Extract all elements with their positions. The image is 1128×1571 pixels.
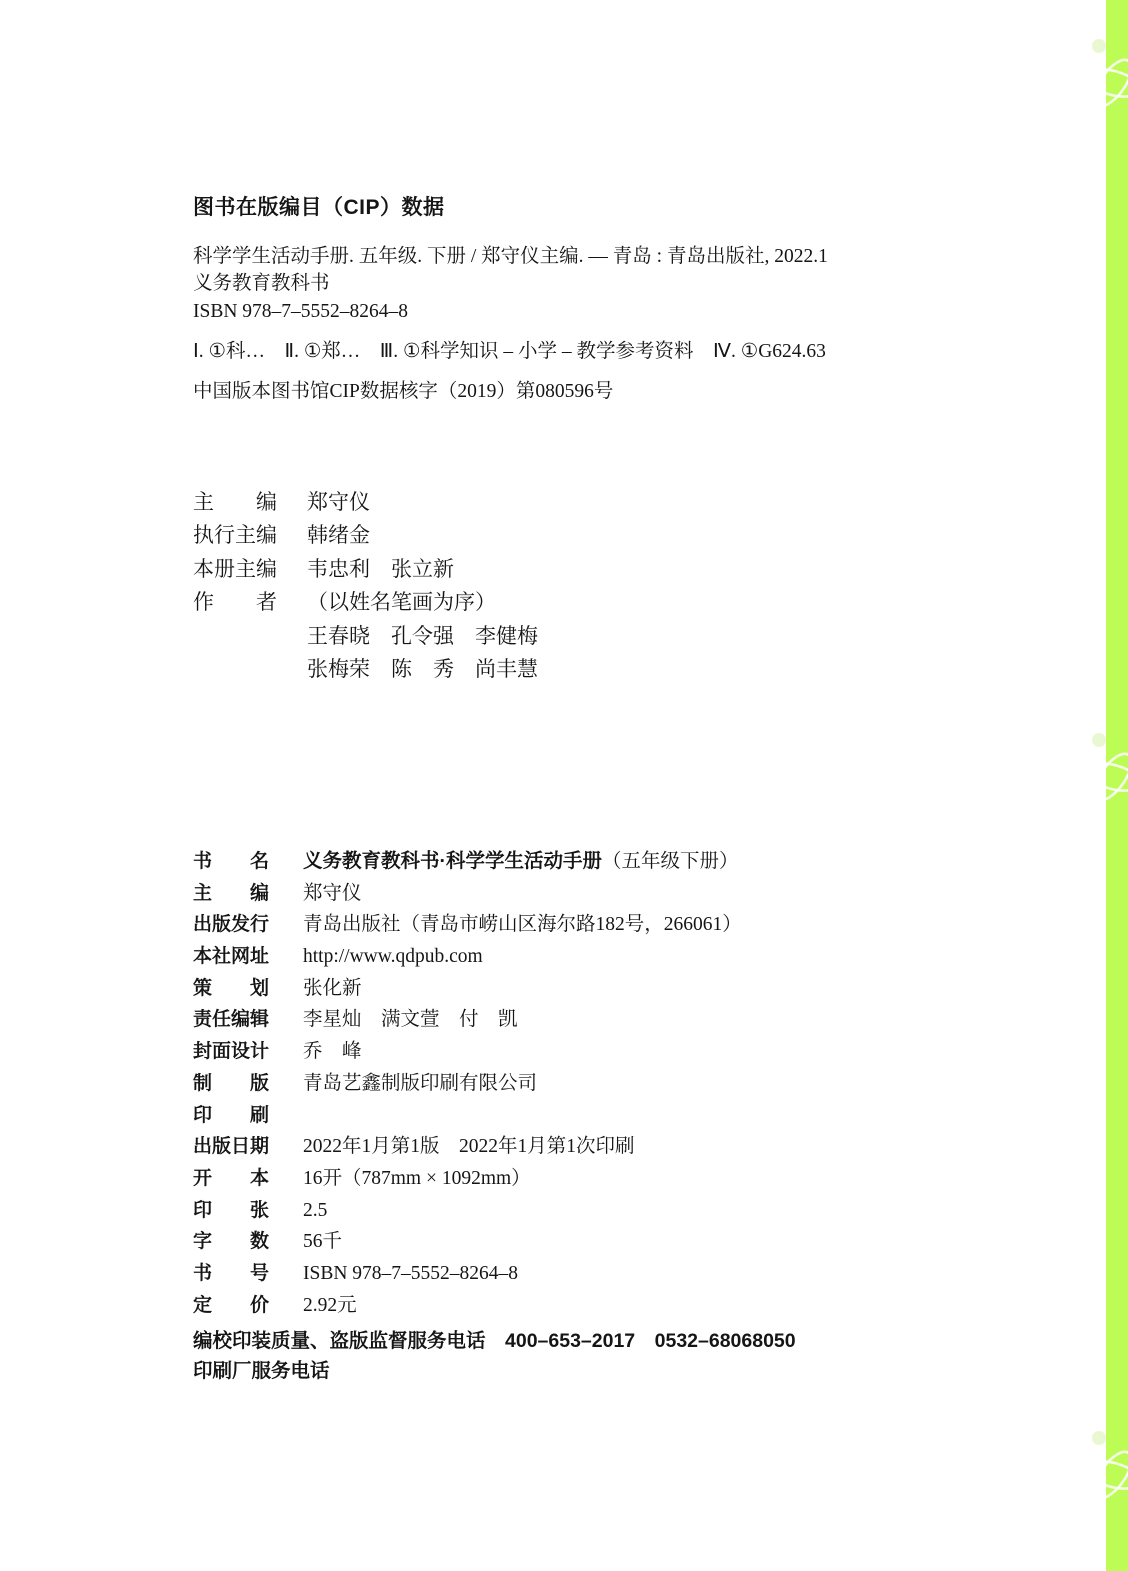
colophon-field-label: 书 号 [193, 1258, 275, 1290]
colophon-field-label: 出版日期 [193, 1131, 275, 1163]
cip-title: 图书在版编目（CIP）数据 [193, 196, 893, 220]
price-value: 2.92元 [303, 1290, 357, 1322]
colophon-field-label: 出版发行 [193, 909, 275, 941]
colophon-row: 印 刷 [193, 1100, 953, 1132]
editor-name: 韦忠利 张立新 [307, 553, 454, 586]
colophon-row: 书 名 义务教育教科书·科学学生活动手册（五年级下册） [193, 846, 953, 878]
cip-record-number-line: 中国版本图书馆CIP数据核字（2019）第080596号 [193, 378, 893, 405]
book-title-strong: 义务教育教科书·科学学生活动手册 [303, 850, 602, 872]
atom-icon [1083, 1423, 1128, 1515]
colophon-field-label: 策 划 [193, 973, 275, 1005]
colophon-field-value: 乔 峰 [303, 1036, 362, 1068]
colophon-field-label: 主 编 [193, 878, 275, 910]
atom-icon [1083, 31, 1128, 123]
colophon-row: 印 张 2.5 [193, 1195, 953, 1227]
author-names-line: 王春晓 孔令强 李健梅 [307, 620, 538, 653]
cip-isbn-line: ISBN 978–7–5552–8264–8 [193, 298, 893, 325]
cip-section: 图书在版编目（CIP）数据 科学学生活动手册. 五年级. 下册 / 郑守仪主编.… [193, 196, 893, 405]
editor-role-label: 作 者 [193, 586, 281, 619]
editor-row: 本册主编 韦忠利 张立新 [193, 553, 538, 586]
colophon-field-value: 郑守仪 [303, 878, 362, 910]
colophon-field-label: 制 版 [193, 1068, 275, 1100]
book-title-volume: （五年级下册） [602, 851, 739, 872]
colophon-field-value: 青岛出版社（青岛市崂山区海尔路182号，266061） [303, 909, 742, 941]
colophon-field-value: 青岛艺鑫制版印刷有限公司 [303, 1068, 537, 1100]
author-names-line: 张梅荣 陈 秀 尚丰慧 [307, 653, 538, 686]
colophon-field-label: 责任编辑 [193, 1004, 275, 1036]
colophon-row: 主 编 郑守仪 [193, 878, 953, 910]
cip-bibliographic-line: 科学学生活动手册. 五年级. 下册 / 郑守仪主编. — 青岛 : 青岛出版社,… [193, 243, 893, 270]
colophon-field-value: 义务教育教科书·科学学生活动手册（五年级下册） [303, 846, 739, 878]
editor-role-label: 主 编 [193, 486, 281, 519]
printer-hotline-line: 印刷厂服务电话 [193, 1356, 953, 1386]
colophon-row: 出版日期 2022年1月第1版 2022年1月第1次印刷 [193, 1131, 953, 1163]
editors-section: 主 编 郑守仪 执行主编 韩绪金 本册主编 韦忠利 张立新 作 者 （以姓名笔画… [193, 486, 538, 686]
publisher-website-url: http://www.qdpub.com [303, 941, 483, 973]
colophon-field-value: 2.5 [303, 1195, 327, 1227]
colophon-row: 字 数 56千 [193, 1226, 953, 1258]
editor-role-label: 执行主编 [193, 519, 281, 552]
colophon-row: 策 划 张化新 [193, 973, 953, 1005]
editor-name: 郑守仪 [307, 486, 370, 519]
colophon-field-label: 书 名 [193, 846, 275, 878]
colophon-field-value: 56千 [303, 1226, 342, 1258]
colophon-field-label: 印 张 [193, 1195, 275, 1227]
colophon-field-value: 李星灿 满文萱 付 凯 [303, 1004, 518, 1036]
colophon-field-value: 16开（787mm × 1092mm） [303, 1163, 531, 1195]
book-colophon-page: 图书在版编目（CIP）数据 科学学生活动手册. 五年级. 下册 / 郑守仪主编.… [0, 0, 1128, 1571]
editor-role-label: 本册主编 [193, 553, 281, 586]
colophon-row: 制 版 青岛艺鑫制版印刷有限公司 [193, 1068, 953, 1100]
editor-name: 韩绪金 [307, 519, 370, 552]
colophon-row: 封面设计 乔 峰 [193, 1036, 953, 1068]
editor-row: 主 编 郑守仪 [193, 486, 538, 519]
cip-classification-line: Ⅰ. ①科… Ⅱ. ①郑… Ⅲ. ①科学知识 – 小学 – 教学参考资料 Ⅳ. … [193, 338, 893, 365]
colophon-field-label: 封面设计 [193, 1036, 275, 1068]
colophon-field-label: 字 数 [193, 1226, 275, 1258]
colophon-field-label: 印 刷 [193, 1100, 275, 1132]
colophon-row: 定 价 2.92元 [193, 1290, 953, 1322]
isbn-value: ISBN 978–7–5552–8264–8 [303, 1258, 518, 1290]
colophon-row: 责任编辑 李星灿 满文萱 付 凯 [193, 1004, 953, 1036]
editor-row: 执行主编 韩绪金 [193, 519, 538, 552]
quality-hotline-line: 编校印装质量、盗版监督服务电话 400–653–2017 0532–680680… [193, 1326, 953, 1356]
colophon-field-value: 张化新 [303, 973, 362, 1005]
colophon-field-label: 定 价 [193, 1290, 275, 1322]
editor-row: 作 者 （以姓名笔画为序） [193, 586, 538, 619]
colophon-field-label: 本社网址 [193, 941, 275, 973]
colophon-row: 出版发行 青岛出版社（青岛市崂山区海尔路182号，266061） [193, 909, 953, 941]
colophon-section: 书 名 义务教育教科书·科学学生活动手册（五年级下册） 主 编 郑守仪 出版发行… [193, 846, 953, 1386]
colophon-field-value: 2022年1月第1版 2022年1月第1次印刷 [303, 1131, 635, 1163]
colophon-row: 开 本 16开（787mm × 1092mm） [193, 1163, 953, 1195]
author-order-note: （以姓名笔画为序） [307, 586, 496, 619]
cip-series-line: 义务教育教科书 [193, 270, 893, 297]
atom-icon [1083, 725, 1128, 817]
colophon-row: 书 号 ISBN 978–7–5552–8264–8 [193, 1258, 953, 1290]
colophon-field-label: 开 本 [193, 1163, 275, 1195]
colophon-row: 本社网址 http://www.qdpub.com [193, 941, 953, 973]
